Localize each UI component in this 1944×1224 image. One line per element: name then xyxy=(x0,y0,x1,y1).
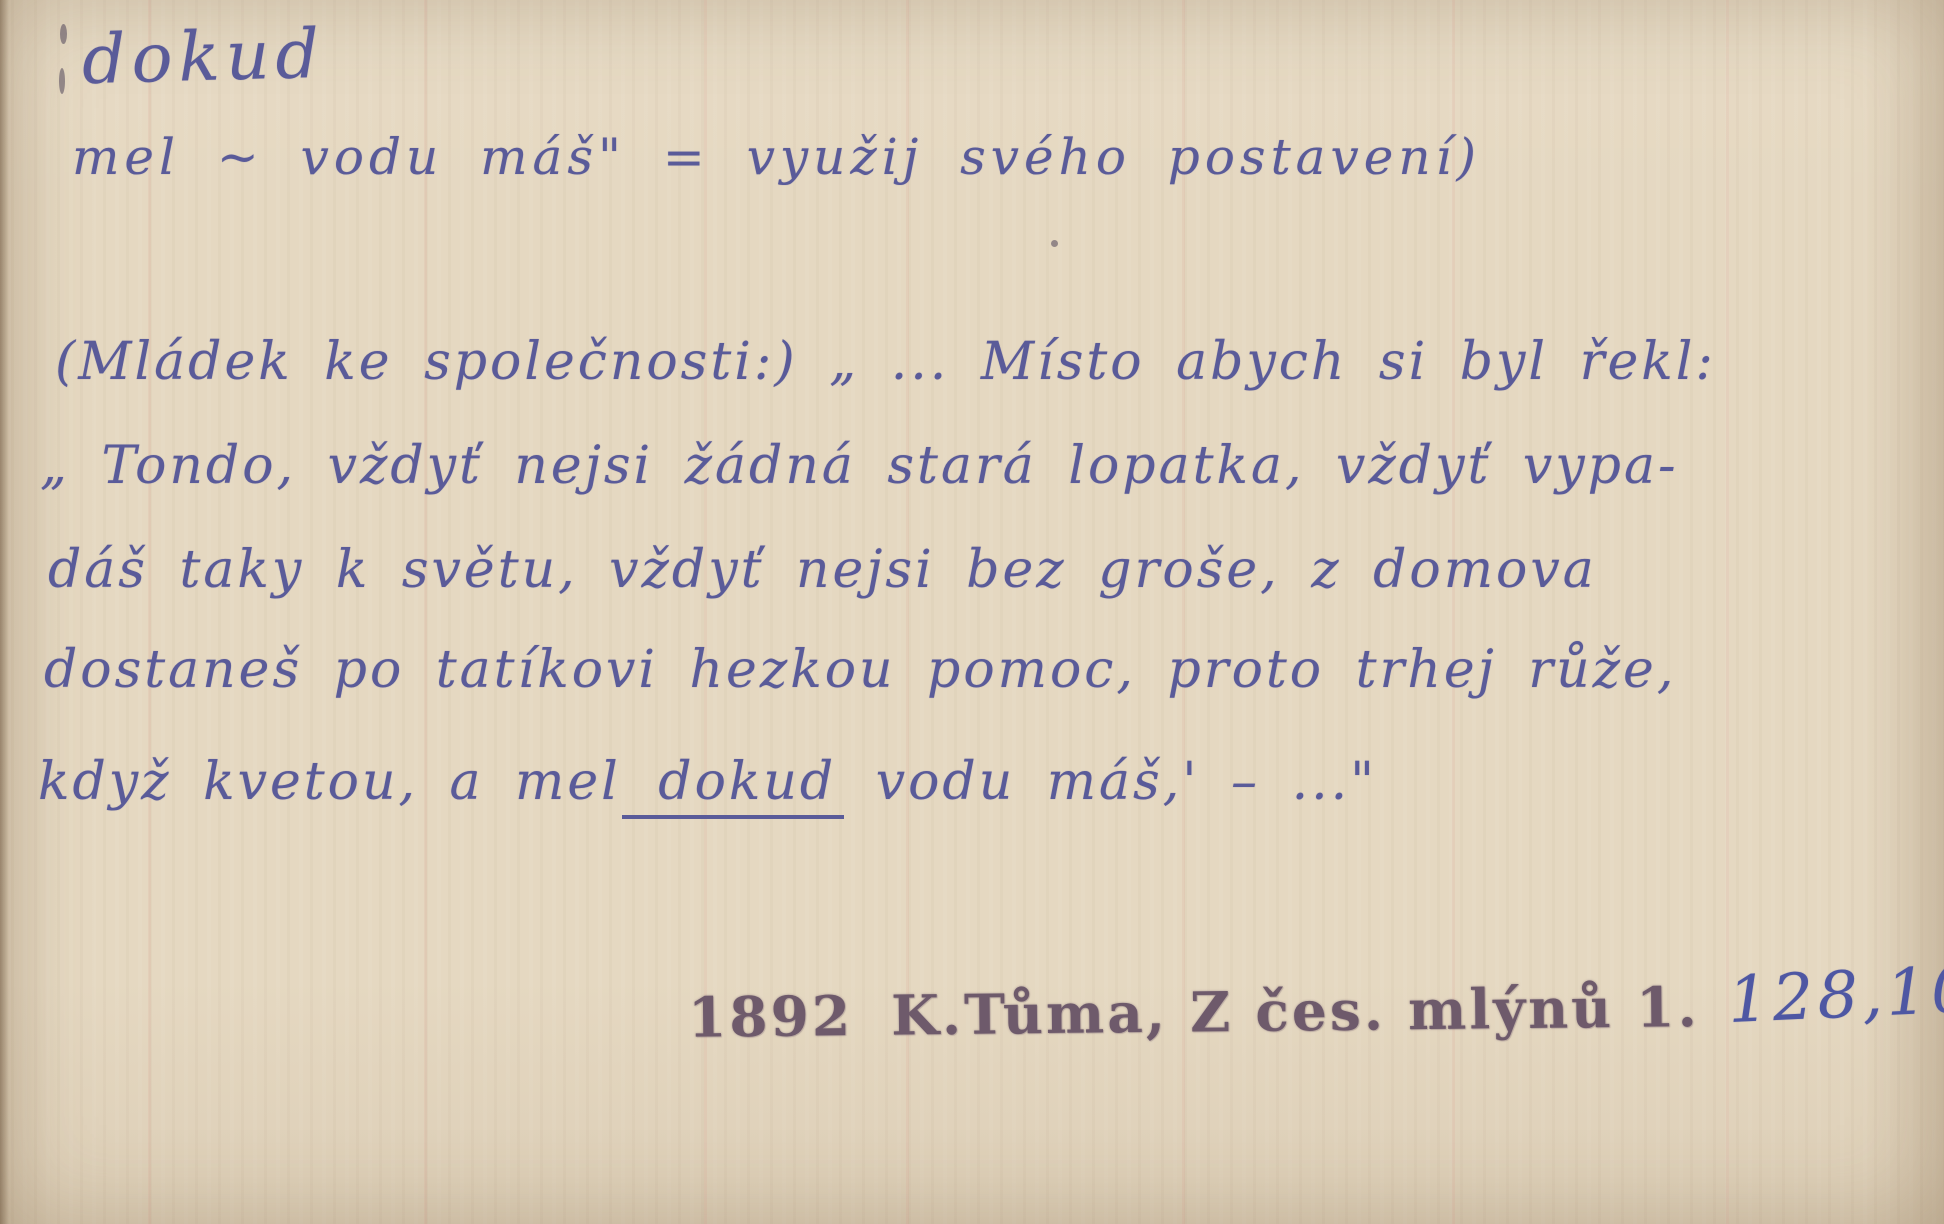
stamp-year: 1892 xyxy=(688,983,854,1050)
source-citation-row: 1892K.Tůma, Z čes. mlýnů 1.128,10 xyxy=(688,965,1944,1052)
quote-line-5-after: vodu máš,' – ..." xyxy=(844,752,1377,812)
reference-number: 128,10 xyxy=(1726,953,1944,1038)
stamp-source: K.Tůma, Z čes. mlýnů 1. xyxy=(891,974,1700,1047)
gloss-line: mel ~ vodu máš" = využij svého postavení… xyxy=(72,128,1481,186)
quote-line-4: dostaneš po tatíkovi hezkou pomoc, proto… xyxy=(44,640,1676,700)
scanned-index-card: dokud mel ~ vodu máš" = využij svého pos… xyxy=(0,0,1944,1224)
ink-speck xyxy=(59,68,65,94)
ink-speck xyxy=(60,24,67,44)
quote-line-5: když kvetou, a mel dokud vodu máš,' – ..… xyxy=(38,752,1377,812)
quote-line-1: (Mládek ke společnosti:) „ ... Místo aby… xyxy=(55,332,1716,392)
ink-speck xyxy=(1051,240,1058,247)
scan-edge-shadow xyxy=(0,0,9,1224)
quote-line-5-before: když kvetou, a mel xyxy=(38,752,652,812)
headword: dokud xyxy=(81,15,326,100)
quote-line-2: „ Tondo, vždyť nejsi žádná stará lopatka… xyxy=(40,436,1679,496)
underlined-headword: dokud xyxy=(622,752,844,819)
quote-line-3: dáš taky k světu, vždyť nejsi bez groše,… xyxy=(48,540,1597,600)
